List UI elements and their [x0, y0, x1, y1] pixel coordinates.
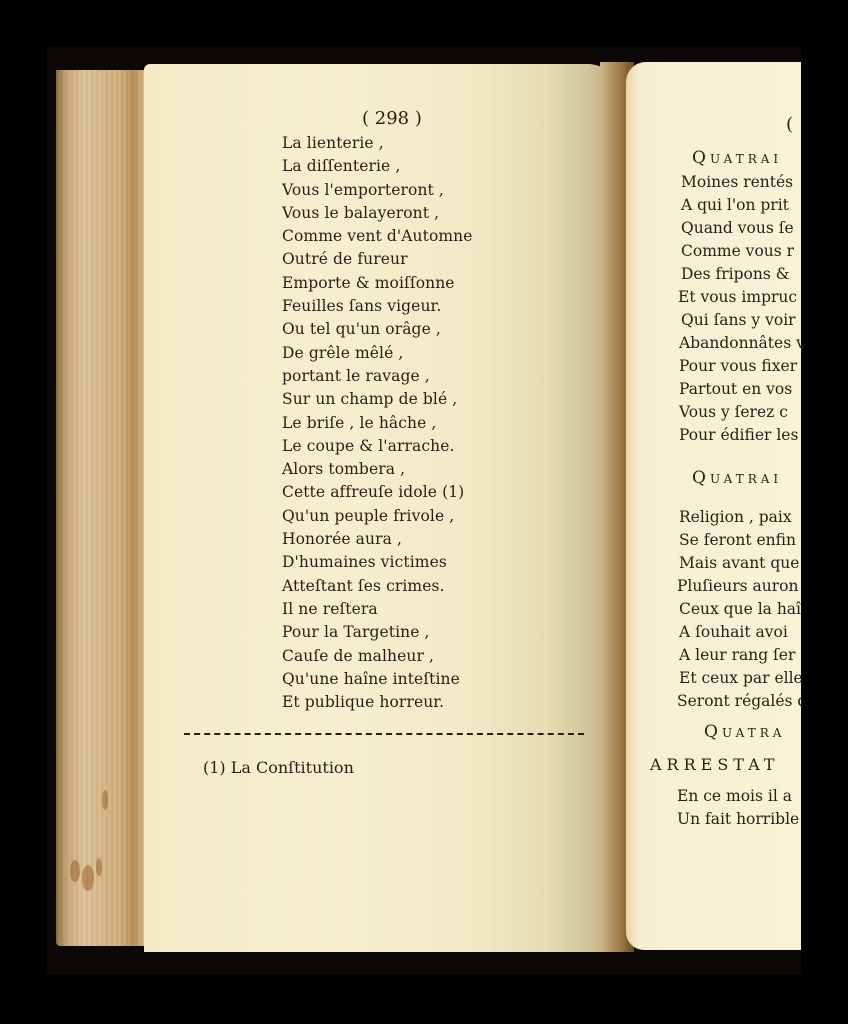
text-line: Religion , paix: [679, 508, 792, 526]
section-heading: QUATRAI: [692, 148, 782, 168]
section-heading: QUATRA: [704, 722, 785, 742]
text-line: Comme vous r: [681, 242, 794, 260]
text-line: Pour édifier les: [679, 426, 798, 444]
text-line: Pluſieurs auron: [677, 577, 798, 595]
text-line: Seront régalés d: [677, 692, 801, 710]
text-line: Abandonnâtes v: [679, 334, 801, 352]
text-line: Et ceux par elle: [679, 669, 801, 687]
text-line: Quand vous ſe: [681, 219, 794, 237]
text-line: A qui l'on prit: [681, 196, 789, 214]
text-line: Pour vous fixer: [679, 357, 797, 375]
text-line: A ſouhait avoi: [679, 623, 788, 641]
text-line: A leur rang ſer: [679, 646, 795, 664]
section-title: ARRESTAT: [650, 755, 779, 774]
text-line: Un fait horrible: [677, 810, 799, 828]
text-line: En ce mois il a: [677, 787, 792, 805]
text-line: Et vous impruc: [678, 288, 797, 306]
text-line: Moines rentés: [681, 173, 793, 191]
section-heading: QUATRAI: [692, 468, 782, 488]
text-line: Mais avant que: [679, 554, 799, 572]
text-line: Ceux que la haî: [679, 600, 801, 618]
text-line: Des fripons &: [681, 265, 790, 283]
text-line: Qui ſans y voir: [681, 311, 796, 329]
text-line: Se feront enfin: [679, 531, 796, 549]
text-line: Partout en vos: [679, 380, 792, 398]
text-line: Vous y ſerez c: [679, 403, 788, 421]
